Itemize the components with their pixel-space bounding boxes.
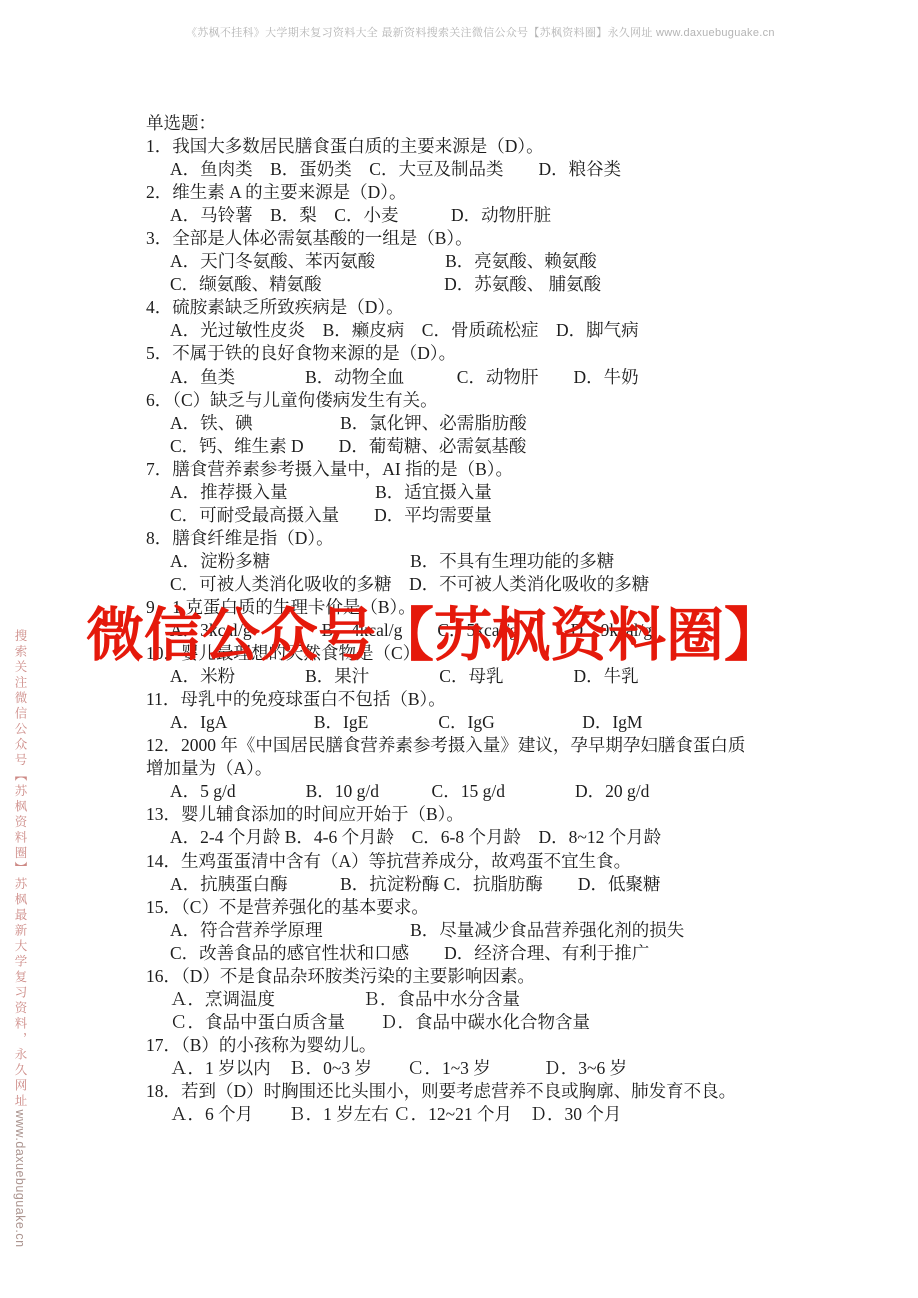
question-line: 8．膳食纤维是指（D）。 <box>146 527 811 550</box>
question-line: 增加量为（A）。 <box>146 757 811 780</box>
option-line: C．改善食品的感官性状和口感 D．经济合理、有利于推广 <box>146 942 811 965</box>
option-line: A．鱼肉类 B．蛋奶类 C．大豆及制品类 D．粮谷类 <box>146 158 811 181</box>
question-line: 12．2000 年《中国居民膳食营养素参考摄入量》建议，孕早期孕妇膳食蛋白质 <box>146 734 811 757</box>
option-line: C．可被人类消化吸收的多糖 D．不可被人类消化吸收的多糖 <box>146 573 811 596</box>
option-line: A．符合营养学原理 B．尽量减少食品营养强化剂的损失 <box>146 919 811 942</box>
question-line: 15．（C）不是营养强化的基本要求。 <box>146 896 811 919</box>
option-line: Ａ．6 个月 Ｂ．1 岁左右 Ｃ．12~21 个月 Ｄ．30 个月 <box>146 1103 811 1126</box>
option-line: A．天门冬氨酸、苯丙氨酸 B．亮氨酸、赖氨酸 <box>146 250 811 273</box>
question-line: 5．不属于铁的良好食物来源的是（D）。 <box>146 342 811 365</box>
side-watermark-url: www.daxuebuguake.cn <box>13 1110 27 1248</box>
option-line: Ｃ．食品中蛋白质含量 Ｄ．食品中碳水化合物含量 <box>146 1011 811 1034</box>
side-watermark: 搜索关注微信公众号【苏枫资料圈】苏枫最新大学复习资料，永久网址www.daxue… <box>11 629 29 1069</box>
question-line: 16．（D）不是食品杂环胺类污染的主要影响因素。 <box>146 965 811 988</box>
option-line: A．铁、碘 B．氯化钾、必需脂肪酸 <box>146 412 811 435</box>
center-red-watermark: 微信公众号【苏枫资料圈】 <box>86 601 782 671</box>
option-line: A．马铃薯 B．梨 C．小麦 D．动物肝脏 <box>146 204 811 227</box>
option-line: A．抗胰蛋白酶 B．抗淀粉酶 C．抗脂肪酶 D．低聚糖 <box>146 873 811 896</box>
option-line: Ａ．1 岁以内 Ｂ．0~3 岁 Ｃ．1~3 岁 Ｄ．3~6 岁 <box>146 1057 811 1080</box>
option-line: C．钙、维生素 D D．葡萄糖、必需氨基酸 <box>146 435 811 458</box>
question-line: 14．生鸡蛋蛋清中含有（A）等抗营养成分，故鸡蛋不宜生食。 <box>146 850 811 873</box>
question-line: 2．维生素 A 的主要来源是（D）。 <box>146 181 811 204</box>
option-line: A．光过敏性皮炎 B．癞皮病 C．骨质疏松症 D．脚气病 <box>146 319 811 342</box>
option-line: A．5 g/d B．10 g/d C．15 g/d D．20 g/d <box>146 780 811 803</box>
question-line: 4．硫胺素缺乏所致疾病是（D）。 <box>146 296 811 319</box>
option-line: C．可耐受最高摄入量 D．平均需要量 <box>146 504 811 527</box>
option-line: A．淀粉多糖 B．不具有生理功能的多糖 <box>146 550 811 573</box>
option-line: A．2-4 个月龄 B．4-6 个月龄 C．6-8 个月龄 D．8~12 个月龄 <box>146 826 811 849</box>
question-line: 1．我国大多数居民膳食蛋白质的主要来源是（D）。 <box>146 135 811 158</box>
question-line: 单选题： <box>146 112 811 135</box>
question-line: 13．婴儿辅食添加的时间应开始于（B）。 <box>146 803 811 826</box>
option-line: A．推荐摄入量 B．适宜摄入量 <box>146 481 811 504</box>
option-line: C．缬氨酸、精氨酸 D．苏氨酸、 脯氨酸 <box>146 273 811 296</box>
question-line: 6．（C）缺乏与儿童佝偻病发生有关。 <box>146 389 811 412</box>
document-page: 《苏枫不挂科》大学期末复习资料大全 最新资料搜索关注微信公众号【苏枫资料圈】永久… <box>0 0 918 1298</box>
option-line: Ａ．烹调温度 Ｂ．食品中水分含量 <box>146 988 811 1011</box>
side-watermark-text: 搜索关注微信公众号【苏枫资料圈】苏枫最新大学复习资料，永久网址 <box>13 629 27 1110</box>
question-line: 11．母乳中的免疫球蛋白不包括（B）。 <box>146 688 811 711</box>
question-line: 18．若到（D）时胸围还比头围小，则要考虑营养不良或胸廓、肺发育不良。 <box>146 1080 811 1103</box>
question-line: 7．膳食营养素参考摄入量中，AI 指的是（B）。 <box>146 458 811 481</box>
option-line: A．IgA B．IgE C．IgG D．IgM <box>146 711 811 734</box>
option-line: A．鱼类 B．动物全血 C．动物肝 D．牛奶 <box>146 366 811 389</box>
question-line: 17．（B）的小孩称为婴幼儿。 <box>146 1034 811 1057</box>
question-line: 3．全部是人体必需氨基酸的一组是（B）。 <box>146 227 811 250</box>
top-watermark-text: 《苏枫不挂科》大学期末复习资料大全 最新资料搜索关注微信公众号【苏枫资料圈】永久… <box>186 24 786 40</box>
